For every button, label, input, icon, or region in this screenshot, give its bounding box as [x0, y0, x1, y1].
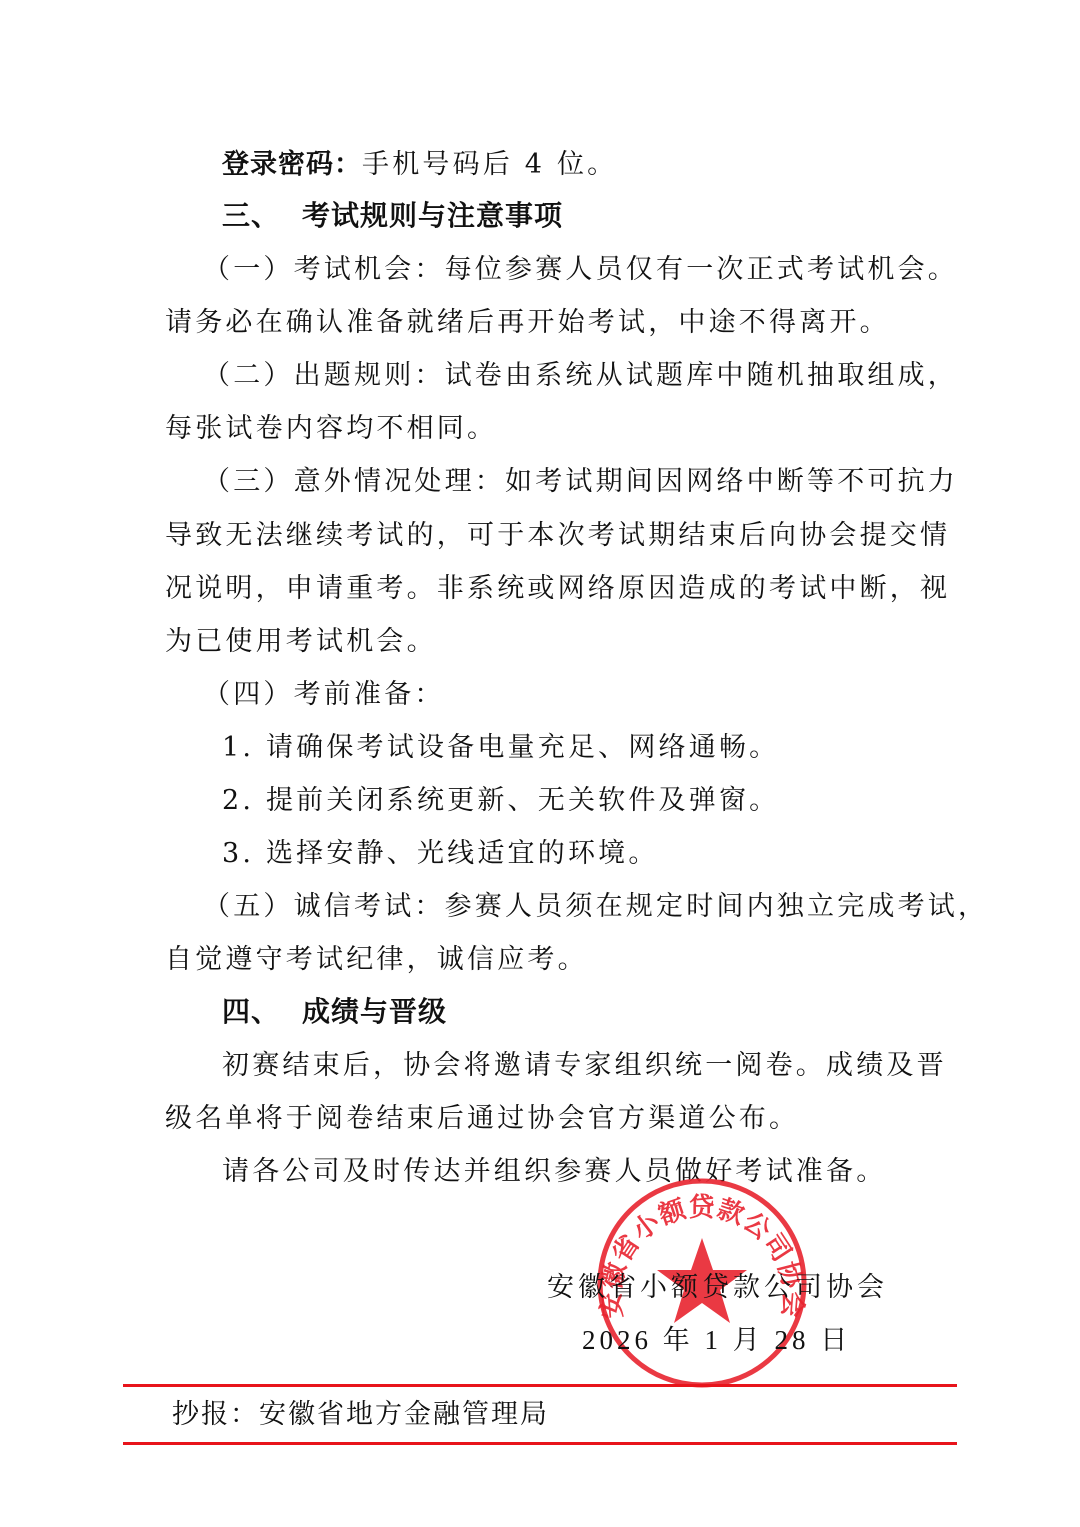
rule-item-5: （五）诚信考试：参赛人员须在规定时间内独立完成考试，	[203, 889, 988, 925]
section-heading-4: 四、成绩与晋级	[222, 994, 447, 1030]
section-heading-3: 三、考试规则与注意事项	[222, 198, 563, 234]
document-page: 登录密码：手机号码后 4 位。 三、考试规则与注意事项 （一）考试机会：每位参赛…	[0, 0, 1080, 1527]
prep-item-1: 1. 请确保考试设备电量充足、网络通畅。	[222, 730, 779, 766]
paragraph-line: 每张试卷内容均不相同。	[165, 411, 497, 447]
paragraph-line: 导致无法继续考试的，可于本次考试期结束后向协会提交情	[165, 518, 950, 554]
section-title: 成绩与晋级	[302, 995, 447, 1028]
paragraph-line: 为已使用考试机会。	[165, 624, 437, 660]
line-label: （一）考试机会：	[203, 254, 445, 285]
signature-date: 2026 年 1 月 28 日	[582, 1318, 851, 1357]
cc-recipient: 安徽省地方金融管理局	[259, 1399, 549, 1430]
line-text: 如考试期间因网络中断等不可抗力	[505, 466, 958, 497]
prep-item-3: 3. 选择安静、光线适宜的环境。	[222, 836, 659, 872]
section-number: 四、	[222, 995, 280, 1028]
paragraph-line: 自觉遵守考试纪律，诚信应考。	[165, 942, 588, 978]
rule-item-4: （四）考前准备：	[203, 677, 445, 713]
line-text: 每位参赛人员仅有一次正式考试机会。	[445, 254, 958, 285]
section-title: 考试规则与注意事项	[302, 199, 563, 232]
cc-label: 抄报：	[172, 1399, 259, 1430]
line-label: （四）考前准备：	[203, 679, 445, 710]
line-text: 参赛人员须在规定时间内独立完成考试，	[445, 891, 989, 922]
paragraph-line: 请务必在确认准备就绪后再开始考试，中途不得离开。	[165, 305, 890, 341]
cc-line: 抄报：安徽省地方金融管理局	[172, 1397, 549, 1433]
paragraph-line: 初赛结束后，协会将邀请专家组织统一阅卷。成绩及晋	[222, 1048, 947, 1084]
line-label: （二）出题规则：	[203, 360, 445, 391]
rule-item-3: （三）意外情况处理：如考试期间因网络中断等不可抗力	[203, 464, 958, 500]
prep-item-2: 2. 提前关闭系统更新、无关软件及弹窗。	[222, 783, 779, 819]
bottom-divider-rule	[123, 1442, 957, 1445]
line-text: 试卷由系统从试题库中随机抽取组成，	[445, 360, 958, 391]
rule-item-2: （二）出题规则：试卷由系统从试题库中随机抽取组成，	[203, 358, 958, 394]
section-number: 三、	[222, 199, 280, 232]
top-divider-rule	[123, 1384, 957, 1387]
rule-item-1: （一）考试机会：每位参赛人员仅有一次正式考试机会。	[203, 252, 958, 288]
paragraph-line: 况说明，申请重考。非系统或网络原因造成的考试中断，视	[165, 571, 950, 607]
login-password-line: 登录密码：手机号码后 4 位。	[222, 147, 617, 183]
paragraph-line: 级名单将于阅卷结束后通过协会官方渠道公布。	[165, 1101, 799, 1137]
line-text: 手机号码后 4 位。	[362, 149, 617, 180]
line-label: 登录密码：	[222, 149, 362, 180]
signature-organization: 安徽省小额贷款公司协会	[547, 1265, 888, 1304]
line-label: （三）意外情况处理：	[203, 466, 505, 497]
line-label: （五）诚信考试：	[203, 891, 445, 922]
